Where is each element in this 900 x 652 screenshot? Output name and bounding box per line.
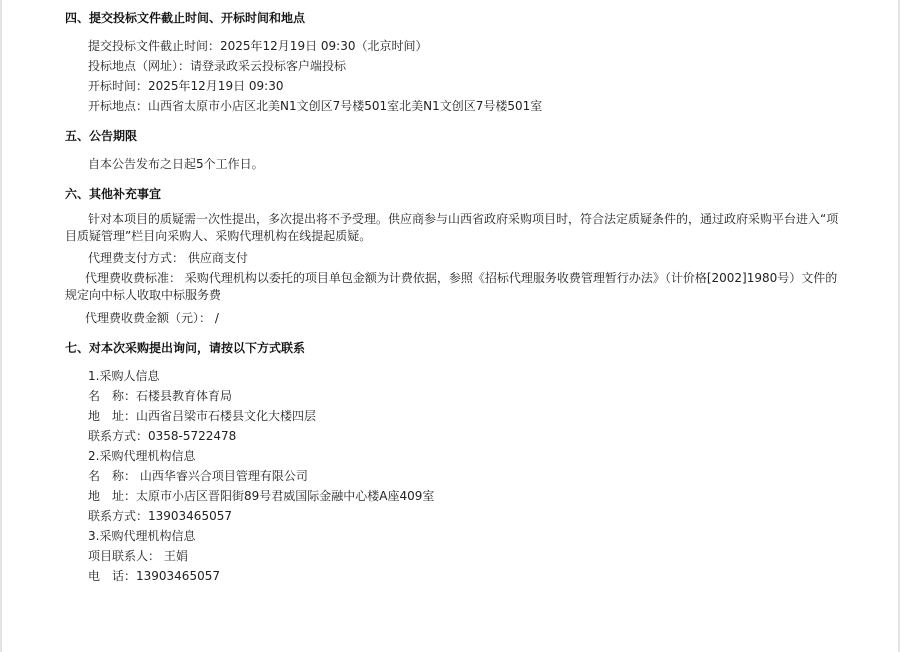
agency-title: 2.采购代理机构信息 <box>65 446 840 466</box>
announcement-content: 四、提交投标文件截止时间、开标时间和地点 提交投标文件截止时间：2025年12月… <box>65 8 840 586</box>
agency-contact-title: 3.采购代理机构信息 <box>65 526 840 546</box>
purchaser-contact: 联系方式：0358-5722478 <box>65 426 840 446</box>
agency-name: 名 称： 山西华睿兴合项目管理有限公司 <box>65 466 840 486</box>
bid-location: 投标地点（网址）：请登录政采云投标客户端投标 <box>65 56 840 76</box>
fee-standard: 代理费收费标准： 采购代理机构以委托的项目单包金额为计费依据，参照《招标代理服务… <box>65 270 840 304</box>
purchaser-address: 地 址：山西省吕梁市石楼县文化大楼四层 <box>65 406 840 426</box>
payment-method: 代理费支付方式： 供应商支付 <box>65 248 840 268</box>
agency-contact-person: 项目联系人： 王娟 <box>65 546 840 566</box>
section-6-heading: 六、其他补充事宜 <box>65 184 840 204</box>
bid-deadline: 提交投标文件截止时间：2025年12月19日 09:30（北京时间） <box>65 36 840 56</box>
opening-location: 开标地点：山西省太原市小店区北美N1文创区7号楼501室北美N1文创区7号楼50… <box>65 96 840 116</box>
section-5-heading: 五、公告期限 <box>65 126 840 146</box>
agency-contact-phone: 电 话：13903465057 <box>65 566 840 586</box>
fee-amount: 代理费收费金额（元）： / <box>65 308 840 328</box>
agency-address: 地 址：太原市小店区晋阳街89号君威国际金融中心楼A座409室 <box>65 486 840 506</box>
purchaser-name: 名 称：石楼县教育体育局 <box>65 386 840 406</box>
announcement-period: 自本公告发布之日起5个工作日。 <box>65 154 840 174</box>
section-7-heading: 七、对本次采购提出询问，请按以下方式联系 <box>65 338 840 358</box>
opening-time: 开标时间：2025年12月19日 09:30 <box>65 76 840 96</box>
section-4-heading: 四、提交投标文件截止时间、开标时间和地点 <box>65 8 840 28</box>
challenge-paragraph: 针对本项目的质疑需一次性提出，多次提出将不予受理。供应商参与山西省政府采购项目时… <box>65 211 840 245</box>
purchaser-title: 1.采购人信息 <box>65 366 840 386</box>
agency-contact: 联系方式：13903465057 <box>65 506 840 526</box>
